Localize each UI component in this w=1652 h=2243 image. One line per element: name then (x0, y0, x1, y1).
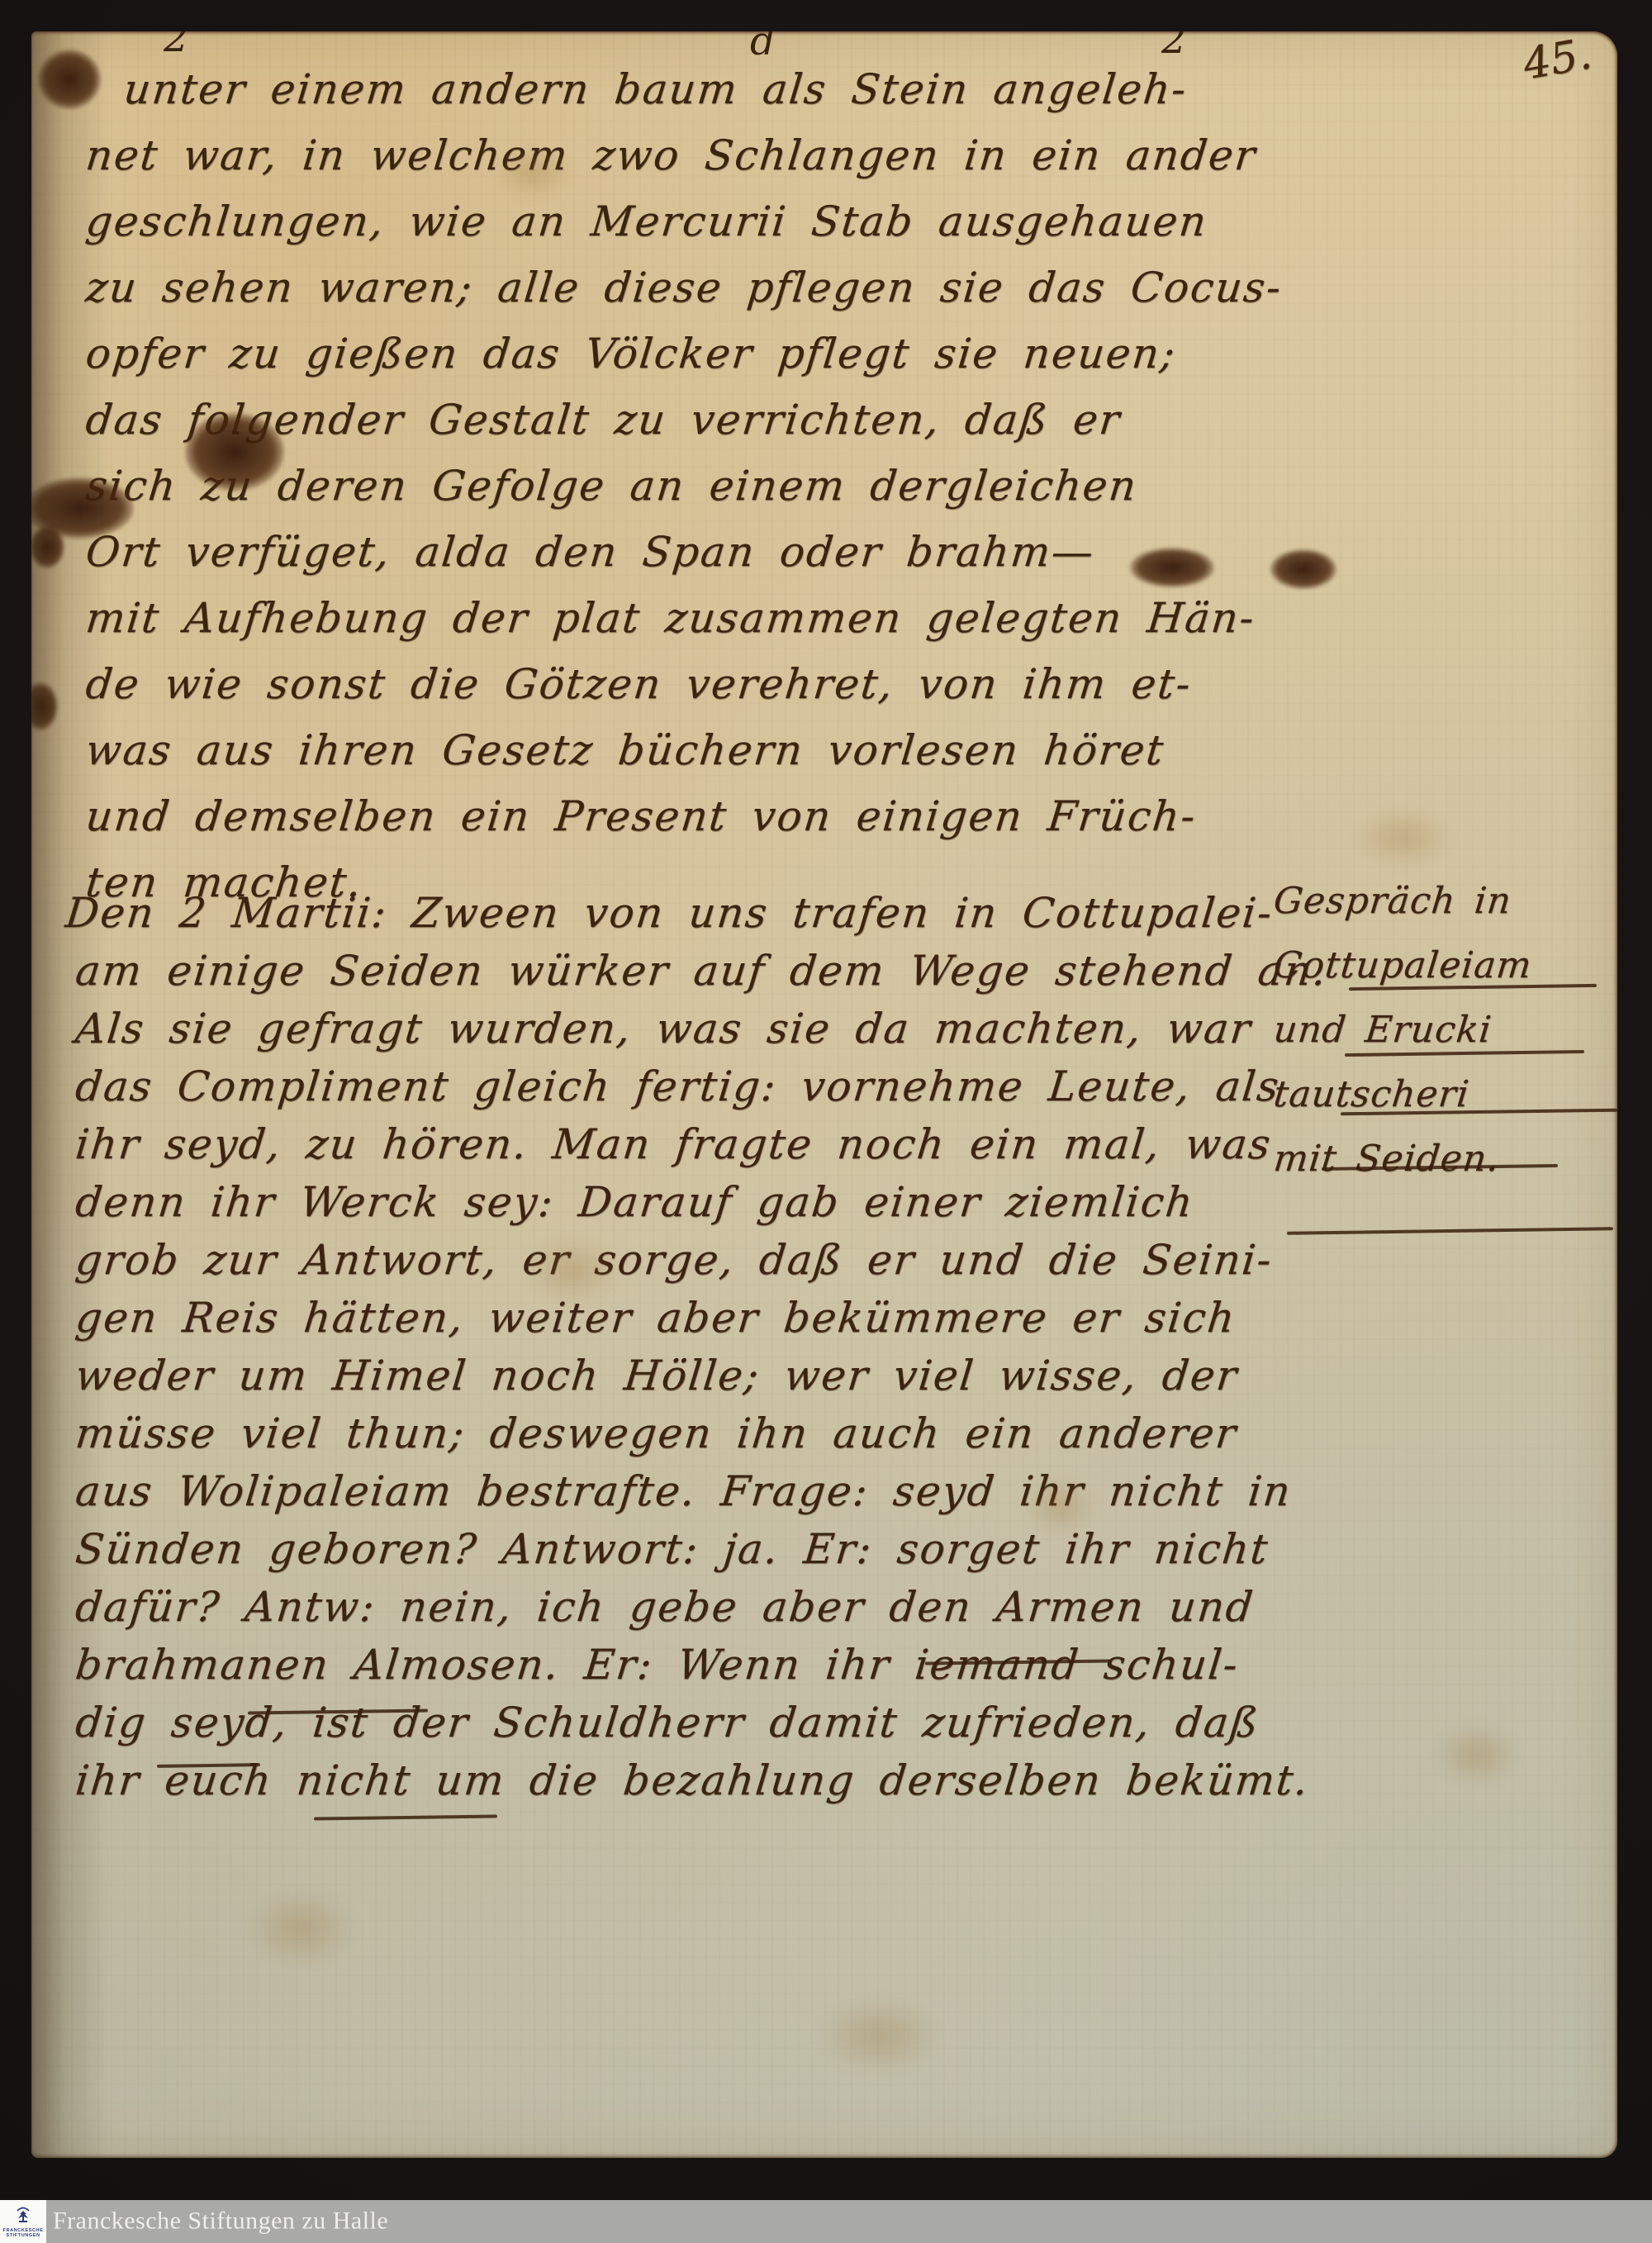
margin-note: Gespräch in Cottupaleiam und Erucki taut… (1270, 869, 1528, 1191)
foxing-spot (816, 1998, 942, 2074)
manuscript-line: müsse viel thun; deswegen ihn auch ein a… (73, 1404, 1331, 1462)
ink-stain (1270, 549, 1336, 589)
footer-title: Franckesche Stiftungen zu Halle (53, 2207, 388, 2235)
underline-stroke (1287, 1227, 1613, 1235)
manuscript-page: 45. 2 d 2 unter einem andern baum als St… (31, 31, 1617, 2158)
manuscript-line: unter einem andern baum als Stein angele… (83, 56, 1285, 122)
page-number: 45. (1519, 31, 1595, 90)
foxing-spot (1353, 808, 1452, 867)
manuscript-line: zu sehen waren; alle diese pflegen sie d… (83, 254, 1285, 321)
manuscript-line: mit Aufhebung der plat zusammen gelegten… (83, 585, 1285, 651)
manuscript-line: und demselben ein Present von einigen Fr… (83, 783, 1285, 849)
margin-note-line: mit Seiden. (1270, 1127, 1536, 1191)
manuscript-line: gen Reis hätten, weiter aber bekümmere e… (73, 1289, 1331, 1347)
manuscript-line: net war, in welchem zwo Schlangen in ein… (83, 122, 1285, 188)
ink-stain (31, 525, 64, 568)
manuscript-line: am einige Seiden würker auf dem Wege ste… (73, 942, 1331, 1000)
paragraph-two: Den 2 Martii: Zween von uns trafen in Co… (73, 884, 1324, 1809)
manuscript-line: geschlungen, wie an Mercurii Stab ausgeh… (83, 188, 1285, 254)
manuscript-line: das Compliment gleich fertig: vornehme L… (73, 1057, 1331, 1115)
foxing-spot (1436, 1725, 1518, 1784)
manuscript-line: Sünden geboren? Antwort: ja. Er: sorget … (73, 1520, 1331, 1578)
foxing-spot (246, 1890, 355, 1966)
manuscript-line: ihr euch nicht um die bezahlung derselbe… (73, 1751, 1331, 1809)
margin-note-line: Gespräch in (1270, 869, 1536, 934)
manuscript-line: Ort verfüget, alda den Span oder brahm— (83, 519, 1285, 585)
foxing-spot (1023, 1477, 1099, 1535)
underline-stroke (314, 1814, 497, 1820)
logo-text: FRANCKESCHE STIFTUNGEN (3, 2228, 44, 2239)
manuscript-line: weder um Himel noch Hölle; wer viel wiss… (73, 1347, 1331, 1404)
manuscript-line: ihr seyd, zu hören. Man fragte noch ein … (73, 1115, 1331, 1173)
manuscript-line: Den 2 Martii: Zween von uns trafen in Co… (63, 884, 1331, 942)
foxing-spot (527, 1238, 618, 1304)
ink-stain (31, 682, 58, 730)
manuscript-line: dig seyd, ist der Schuldherr damit zufri… (73, 1694, 1331, 1751)
manuscript-line: was aus ihren Gesetz büchern vorlesen hö… (83, 717, 1285, 783)
paragraph-one: unter einem andern baum als Stein angele… (83, 56, 1279, 915)
manuscript-line: Als sie gefragt wurden, was sie da macht… (73, 1000, 1331, 1057)
margin-note-line: tautscheri (1270, 1062, 1536, 1127)
ink-stain (38, 50, 101, 109)
ink-stain (185, 413, 284, 491)
manuscript-line: aus Wolipaleiam bestrafte. Frage: seyd i… (73, 1462, 1331, 1520)
franckesche-eagle-icon (13, 2205, 33, 2226)
foxing-spot (494, 147, 572, 198)
logo-text-line2: STIFTUNGEN (3, 2233, 44, 2239)
manuscript-line: denn ihr Werck sey: Darauf gab einer zie… (73, 1173, 1331, 1231)
franckesche-logo: FRANCKESCHE STIFTUNGEN (0, 2200, 46, 2243)
ink-stain (1130, 548, 1214, 587)
manuscript-line: dafür? Antw: nein, ich gebe aber den Arm… (73, 1578, 1331, 1636)
manuscript-line: grob zur Antwort, er sorge, daß er und d… (73, 1231, 1331, 1289)
manuscript-line: brahmanen Almosen. Er: Wenn ihr iemand s… (73, 1636, 1331, 1694)
manuscript-line: de wie sonst die Götzen verehret, von ih… (83, 651, 1285, 717)
manuscript-line: opfer zu gießen das Völcker pflegt sie n… (83, 321, 1285, 387)
footer-bar: FRANCKESCHE STIFTUNGEN Franckesche Stift… (0, 2200, 1652, 2243)
